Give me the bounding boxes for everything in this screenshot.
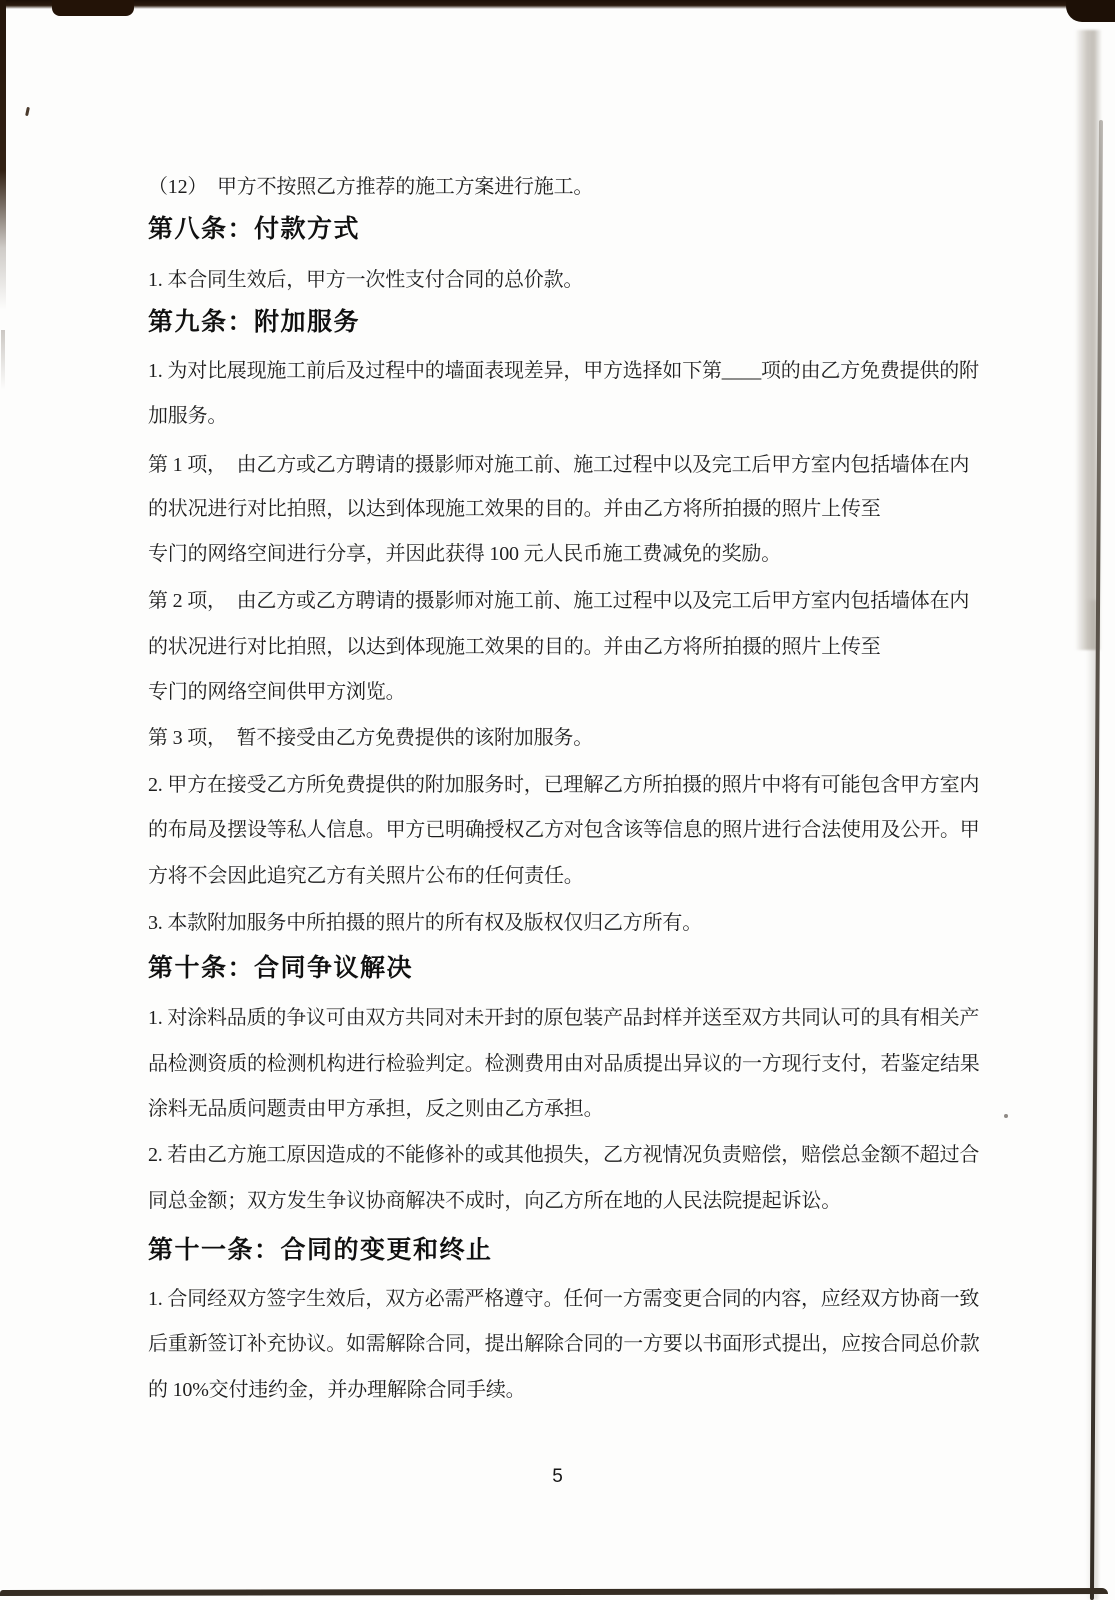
article-9-option-1-line-3: 专门的网络空间进行分享，并因此获得 100 元人民币施工费减免的奖励。: [148, 539, 781, 569]
article-11-item-1-line-2: 后重新签订补充协议。如需解除合同，提出解除合同的一方要以书面形式提出，应按合同总…: [148, 1329, 980, 1359]
article-9-option-3: 第 3 项， 暂不接受由乙方免费提供的该附加服务。: [148, 723, 593, 753]
article-8-heading: 第八条：付款方式: [148, 213, 360, 245]
scan-corner-top-right: [1066, 0, 1115, 22]
clause-line-12: （12） 甲方不按照乙方推荐的施工方案进行施工。: [148, 172, 593, 202]
article-9-item-3: 3. 本款附加服务中所拍摄的照片的所有权及版权仅归乙方所有。: [148, 908, 702, 938]
article-10-item-1-line-1: 1. 对涂料品质的争议可由双方共同对未开封的原包装产品封样并送至双方共同认可的具…: [148, 1003, 979, 1033]
article-9-option-2-line-1: 第 2 项， 由乙方或乙方聘请的摄影师对施工前、施工过程中以及完工后甲方室内包括…: [148, 586, 969, 616]
article-10-item-2-line-2: 同总金额；双方发生争议协商解决不成时，向乙方所在地的人民法院提起诉讼。: [148, 1186, 841, 1216]
scanned-contract-page: （12） 甲方不按照乙方推荐的施工方案进行施工。 第八条：付款方式 1. 本合同…: [0, 0, 1115, 1600]
article-10-item-1-line-2: 品检测资质的检测机构进行检验判定。检测费用由对品质提出异议的一方现行支付，若鉴定…: [148, 1049, 980, 1079]
scan-speck-right: [1004, 1114, 1008, 1118]
article-10-item-1-line-3: 涂料无品质问题责由甲方承担，反之则由乙方承担。: [148, 1094, 603, 1124]
article-11-item-1-line-1: 1. 合同经双方签字生效后，双方必需严格遵守。任何一方需变更合同的内容，应经双方…: [148, 1284, 979, 1314]
scan-edge-top: [0, 0, 1115, 9]
article-9-option-2-line-3: 专门的网络空间供甲方浏览。: [148, 677, 405, 707]
article-11-heading: 第十一条：合同的变更和终止: [148, 1234, 493, 1266]
article-9-item-2-line-1: 2. 甲方在接受乙方所免费提供的附加服务时，已理解乙方所拍摄的照片中将有可能包含…: [148, 770, 979, 800]
scan-speck-left: [25, 107, 30, 116]
scan-smudge-left: [1, 330, 5, 390]
article-9-item-1-line-2: 加服务。: [148, 401, 227, 431]
article-9-option-2-line-2: 的状况进行对比拍照，以达到体现施工效果的目的。并由乙方将所拍摄的照片上传至: [148, 632, 881, 662]
scan-edge-left: [0, 0, 6, 310]
article-10-heading: 第十条：合同争议解决: [148, 952, 413, 984]
scan-edge-bottom: [0, 1588, 1108, 1596]
article-8-item-1: 1. 本合同生效后，甲方一次性支付合同的总价款。: [148, 265, 583, 295]
scan-edge-top-thick: [52, 0, 134, 16]
article-9-option-1-line-2: 的状况进行对比拍照，以达到体现施工效果的目的。并由乙方将所拍摄的照片上传至: [148, 494, 881, 524]
article-9-heading: 第九条：附加服务: [148, 306, 360, 338]
article-10-item-2-line-1: 2. 若由乙方施工原因造成的不能修补的或其他损失，乙方视情况负责赔偿，赔偿总金额…: [148, 1140, 979, 1170]
article-11-item-1-line-3: 的 10%交付违约金，并办理解除合同手续。: [148, 1375, 525, 1405]
article-9-item-2-line-3: 方将不会因此追究乙方有关照片公布的任何责任。: [148, 861, 584, 891]
page-number: 5: [0, 1466, 1115, 1488]
article-9-option-1-line-1: 第 1 项， 由乙方或乙方聘请的摄影师对施工前、施工过程中以及完工后甲方室内包括…: [148, 450, 969, 480]
article-9-item-2-line-2: 的布局及摆设等私人信息。甲方已明确授权乙方对包含该等信息的照片进行合法使用及公开…: [148, 815, 980, 845]
article-9-item-1-line-1: 1. 为对比展现施工前后及过程中的墙面表现差异，甲方选择如下第____项的由乙方…: [148, 356, 979, 386]
